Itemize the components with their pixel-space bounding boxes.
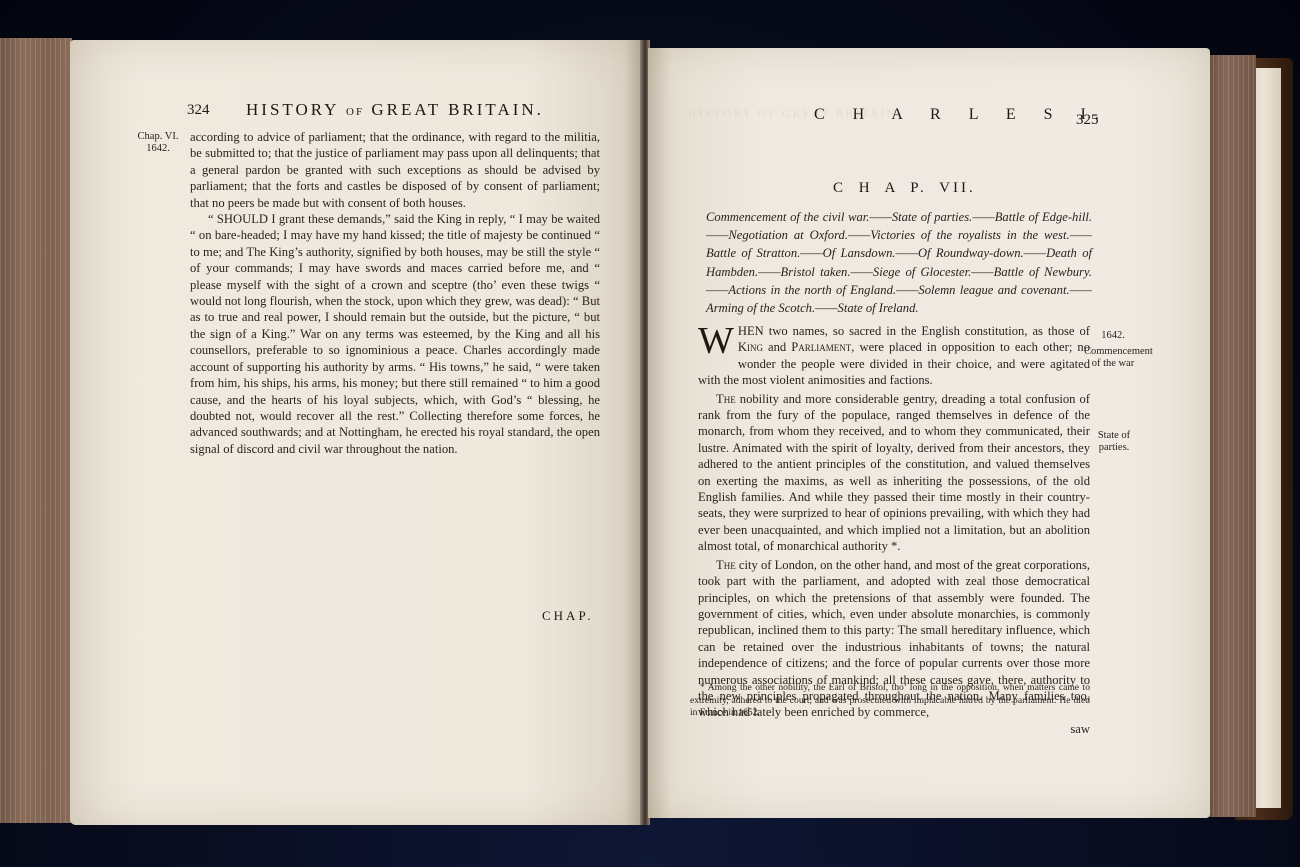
catchword-right: saw (698, 721, 1090, 737)
margin-note-chapter-label: Chap. VI. (132, 131, 184, 143)
left-page: 324 HISTORY OF GREAT BRITAIN. Chap. VI. … (70, 40, 642, 825)
margin-note-year: 1642. (132, 143, 184, 155)
opening-king: King (738, 340, 763, 354)
paragraph-nobility: The nobility and more considerable gentr… (698, 391, 1090, 555)
paragraph-london-lead: The (716, 558, 736, 572)
paragraph-opening: WHEN two names, so sacred in the English… (698, 323, 1090, 389)
right-page-body: WHEN two names, so sacred in the English… (698, 323, 1090, 737)
footnote-bristol: * Among the other nobility, the Earl of … (690, 682, 1090, 720)
chapter-argument: Commencement of the civil war.——State of… (706, 208, 1092, 317)
opening-and: and (763, 340, 791, 354)
paragraph-nobility-text: nobility and more considerable gentry, d… (698, 392, 1090, 554)
right-page: HISTORY OF GREAT BRITAIN. C H A R L E S … (648, 48, 1210, 818)
opening-text: two names, so sacred in the English cons… (764, 324, 1090, 338)
paragraph-kings-reply: “ SHOULD I grant these demands,” said th… (190, 211, 600, 457)
margin-note-year-1642: 1642. (1084, 330, 1142, 342)
catchword-left: CHAP. (542, 608, 594, 624)
margin-note-commencement-text: Commencement of the war (1084, 346, 1142, 370)
margin-note-chapter: Chap. VI. 1642. (132, 131, 184, 155)
running-head-part2: GREAT BRITAIN. (371, 100, 544, 119)
chapter-heading: C H A P. VII. (833, 180, 976, 197)
left-page-body: according to advice of parliament; that … (190, 129, 600, 457)
opening-word-rest: HEN (738, 324, 764, 338)
opening-parliament: Parliament (791, 340, 851, 354)
running-head-left: HISTORY OF GREAT BRITAIN. (246, 100, 544, 120)
page-edges-left (0, 38, 72, 823)
running-head-part1: HISTORY (246, 100, 339, 119)
drop-cap: W (698, 326, 734, 356)
paragraph-nobility-lead: The (716, 392, 736, 406)
page-number-right: 325 (1076, 112, 1099, 129)
page-number-left: 324 (187, 102, 210, 119)
margin-note-commencement: 1642. Commencement of the war (1084, 330, 1142, 370)
margin-note-state-of-parties: State of parties. (1088, 430, 1140, 454)
running-head-right: C H A R L E S I. (814, 106, 1108, 124)
page-edges-right (1208, 55, 1256, 817)
running-head-of: OF (346, 106, 364, 118)
paragraph-conditions: according to advice of parliament; that … (190, 129, 600, 211)
